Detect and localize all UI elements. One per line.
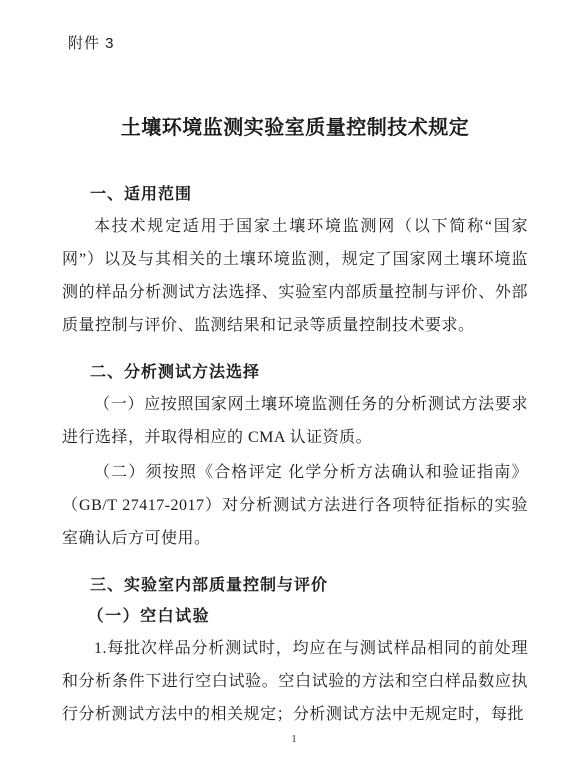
- subsection-heading-blank-test: （一）空白试验: [62, 606, 528, 628]
- section-heading-internal-qc: 三、实验室内部质量控制与评价: [62, 575, 528, 597]
- section-heading-method-selection: 二、分析测试方法选择: [62, 362, 528, 384]
- section-heading-scope: 一、适用范围: [62, 184, 528, 206]
- paragraph-method-selection-2: （二）须按照《合格评定 化学分析方法确认和验证指南》（GB/T 27417-20…: [62, 456, 528, 555]
- paragraph-method-selection-1: （一）应按照国家网土壤环境监测任务的分析测试方法要求进行选择，并取得相应的 CM…: [62, 388, 528, 454]
- attachment-label: 附件 3: [68, 35, 528, 53]
- paragraph-blank-test: 1.每批次样品分析测试时，均应在与测试样品相同的前处理和分析条件下进行空白试验。…: [62, 632, 528, 731]
- page-number: 1: [0, 733, 588, 745]
- document-title: 土壤环境监测实验室质量控制技术规定: [62, 116, 528, 140]
- paragraph-scope: 本技术规定适用于国家土壤环境监测网（以下简称“国家网”）以及与其相关的土壤环境监…: [62, 210, 528, 342]
- document-page: 附件 3 土壤环境监测实验室质量控制技术规定 一、适用范围 本技术规定适用于国家…: [0, 0, 588, 762]
